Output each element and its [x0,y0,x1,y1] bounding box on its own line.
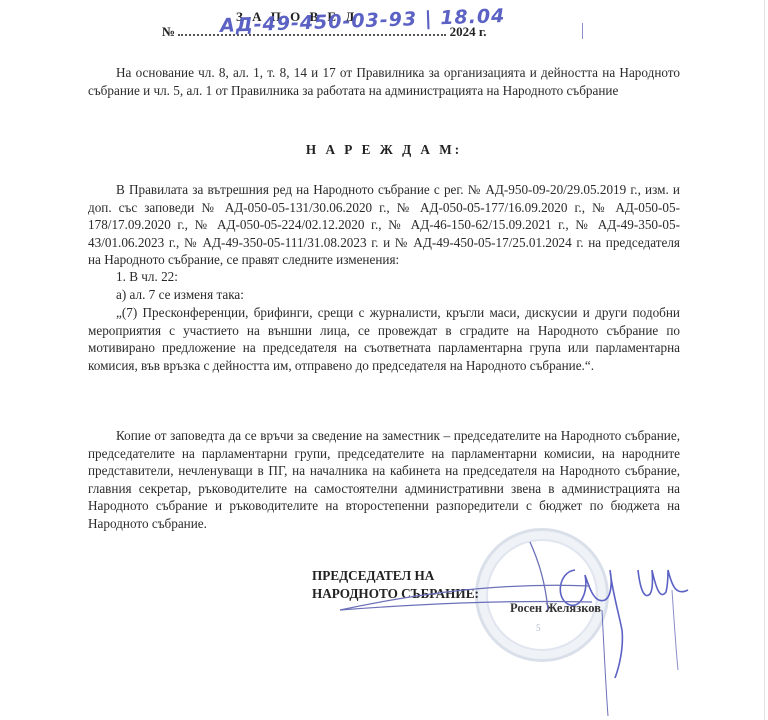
distribution-paragraph: Копие от заповедта да се връчи за сведен… [88,427,680,533]
list-item-1a: а) ал. 7 се изменя така: [116,286,244,304]
preamble-paragraph: На основание чл. 8, ал. 1, т. 8, 14 и 17… [88,64,680,99]
page-edge [764,0,765,720]
body-intro-paragraph: В Правилата за вътрешния ред на Народнот… [88,181,680,269]
quoted-amendment: „(7) Пресконференции, брифинги, срещи с … [88,304,680,374]
list-item-1: 1. В чл. 22: [116,268,178,286]
handwritten-signature [300,520,720,720]
order-heading: Н А Р Е Ж Д А М: [88,141,680,159]
order-number-line: № 2024 г. АД-49-450-03-93 | 18.04 [162,23,582,41]
pen-stroke [582,23,583,39]
number-prefix: № [162,24,175,39]
